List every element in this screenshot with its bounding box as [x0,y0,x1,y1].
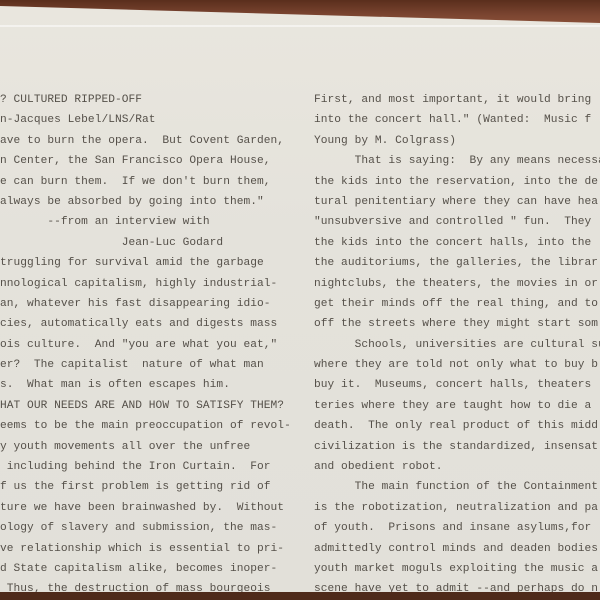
text-line: youth market moguls exploiting the music… [314,559,600,579]
text-line: ture we have been brainwashed by. Withou… [0,498,291,518]
text-line: civilization is the standardized, insens… [314,437,600,457]
text-line: s. What man is often escapes him. [0,375,291,395]
wooden-surface-bottom [0,592,600,600]
text-line: the kids into the reservation, into the … [314,172,600,192]
text-line: ois culture. And "you are what you eat," [0,335,291,355]
text-line: of youth. Prisons and insane asylums,for [314,518,600,538]
text-line: off the streets where they might start s… [314,314,600,334]
text-line: eems to be the main preoccupation of rev… [0,416,291,436]
text-line: truggling for survival amid the garbage [0,253,291,273]
text-line: ? CULTURED RIPPED-OFF [0,90,291,110]
text-line: Jean-Luc Godard [0,233,291,253]
text-line: the kids into the concert halls, into th… [314,233,600,253]
right-text-column: First, and most important, it would brin… [314,90,600,600]
text-line: tural penitentiary where they can have h… [314,192,600,212]
text-line: ve relationship which is essential to pr… [0,539,291,559]
text-line: get their minds off the real thing, and … [314,294,600,314]
text-line: including behind the Iron Curtain. For [0,457,291,477]
text-line: e can burn them. If we don't burn them, [0,172,291,192]
text-line: the auditoriums, the galleries, the libr… [314,253,600,273]
text-line: ave to burn the opera. But Covent Garden… [0,131,291,151]
text-line: an, whatever his fast disappearing idio- [0,294,291,314]
text-line: Schools, universities are cultural su [314,335,600,355]
text-line: First, and most important, it would brin… [314,90,600,110]
text-line: n-Jacques Lebel/LNS/Rat [0,110,291,130]
text-line: death. The only real product of this mid… [314,416,600,436]
text-line: cies, automatically eats and digests mas… [0,314,291,334]
text-line: always be absorbed by going into them." [0,192,291,212]
text-line: --from an interview with [0,212,291,232]
text-line: y youth movements all over the unfree [0,437,291,457]
text-line: nightclubs, the theaters, the movies in … [314,274,600,294]
text-line: into the concert hall." (Wanted: Music f [314,110,600,130]
text-line: where they are told not only what to buy… [314,355,600,375]
text-line: er? The capitalist nature of what man [0,355,291,375]
text-line: Young by M. Colgrass) [314,131,600,151]
text-line: admittedly control minds and deaden bodi… [314,539,600,559]
text-line: HAT OUR NEEDS ARE AND HOW TO SATISFY THE… [0,396,291,416]
text-line: and obedient robot. [314,457,600,477]
text-line: That is saying: By any means necessa [314,151,600,171]
paper-fold-crease [0,25,600,27]
text-line: is the robotization, neutralization and … [314,498,600,518]
text-line: The main function of the Containment [314,477,600,497]
text-line: nnological capitalism, highly industrial… [0,274,291,294]
left-text-column: ? CULTURED RIPPED-OFFn-Jacques Lebel/LNS… [0,90,291,600]
text-line: n Center, the San Francisco Opera House, [0,151,291,171]
text-line: ology of slavery and submission, the mas… [0,518,291,538]
text-line: teries where they are taught how to die … [314,396,600,416]
text-line: d State capitalism alike, becomes inoper… [0,559,291,579]
text-line: f us the first problem is getting rid of [0,477,291,497]
text-line: "unsubversive and controlled " fun. They [314,212,600,232]
text-line: buy it. Museums, concert halls, theaters [314,375,600,395]
